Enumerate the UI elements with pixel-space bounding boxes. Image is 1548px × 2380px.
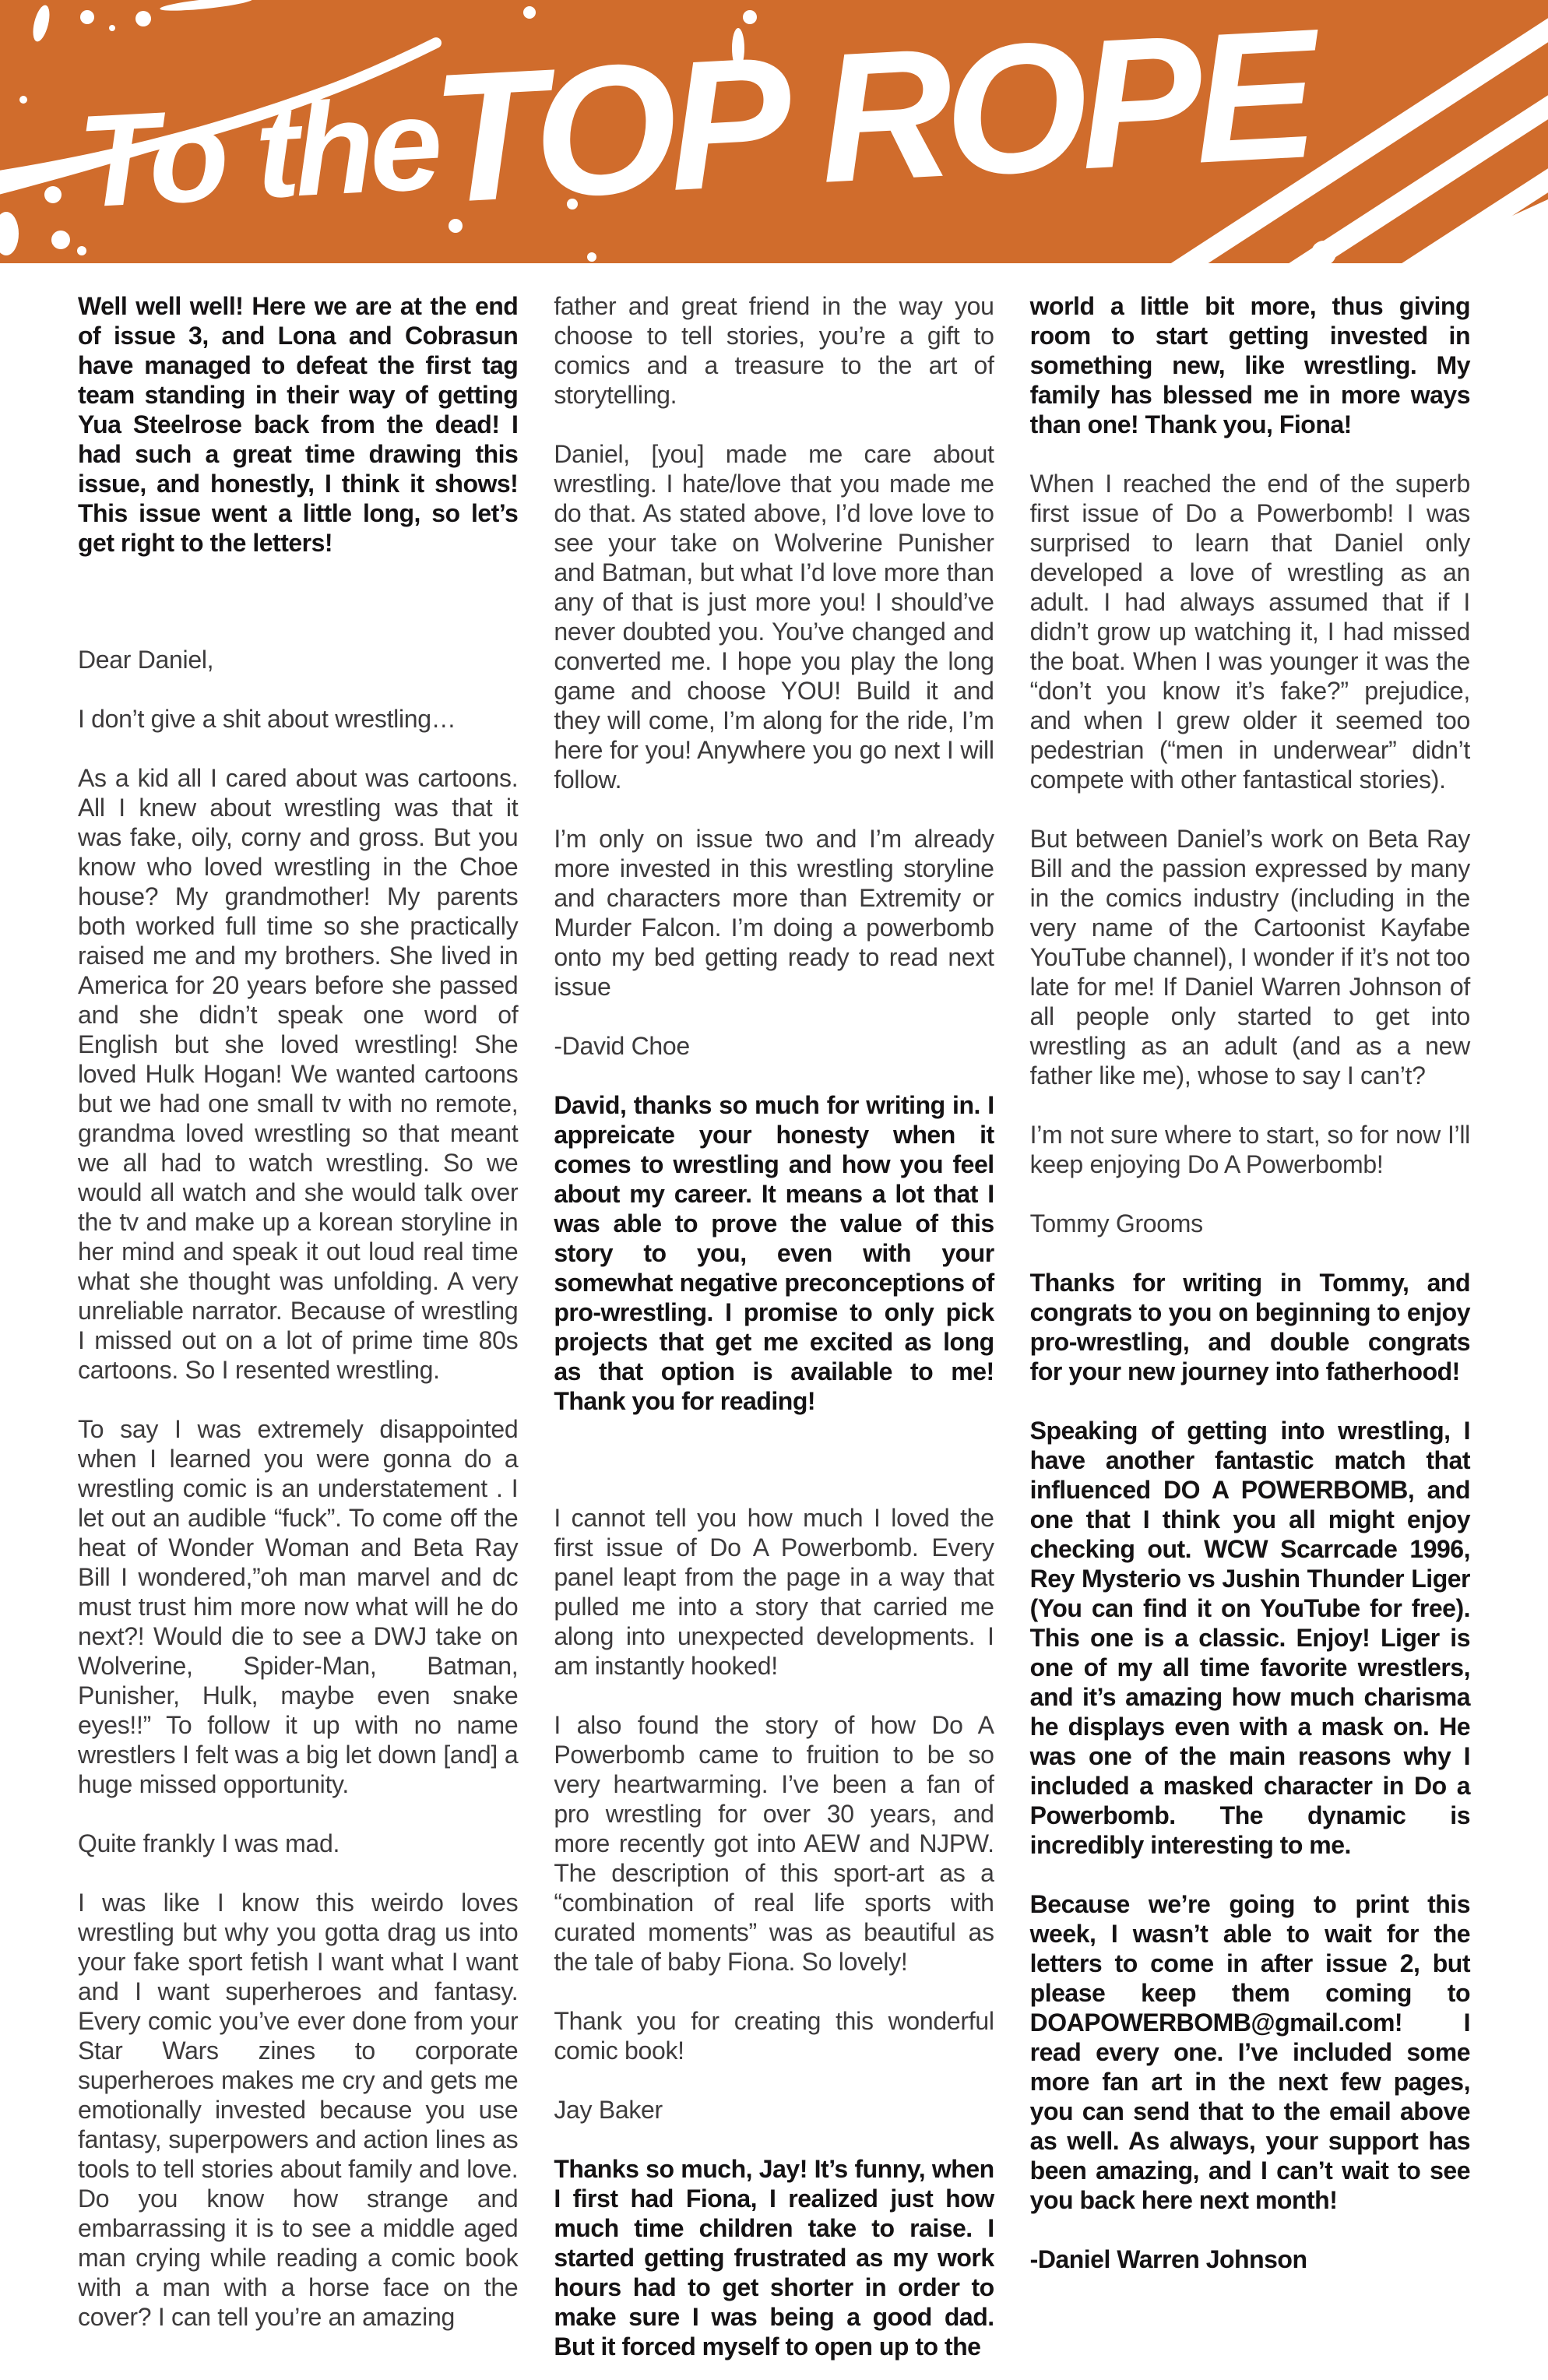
letter-paragraph: But between Daniel’s work on Beta Ray Bi… [1030,824,1470,1090]
letter-paragraph: -Daniel Warren Johnson [1030,2244,1470,2274]
letter-paragraph: To say I was extremely disappointed when… [78,1414,518,1799]
paint-splatter-icon [19,96,27,104]
letter-paragraph: When I reached the end of the superb fir… [1030,469,1470,794]
letter-paragraph: I was like I know this weirdo loves wres… [78,1888,518,2332]
letter-paragraph: Thanks so much, Jay! It’s funny, when I … [554,2154,994,2361]
header-art: To the TOP ROPE [0,0,1548,265]
paint-splatter-icon [587,252,596,262]
paint-splatter-icon [51,231,70,249]
letter-paragraph: Because we’re going to print this week, … [1030,1889,1470,2215]
paint-splatter-icon [109,25,115,31]
letters-column-3: world a little bit more, thus giving roo… [1030,291,1470,2380]
paint-splatter-icon [743,10,757,24]
letter-paragraph: I’m only on issue two and I’m already mo… [554,824,994,1002]
page-header-banner: To the TOP ROPE [0,0,1548,265]
paint-splatter-icon [77,246,86,255]
letter-paragraph: I’m not sure where to start, so for now … [1030,1120,1470,1179]
paint-splatter-icon [44,186,62,203]
letter-paragraph: As a kid all I cared about was cartoons.… [78,763,518,1385]
letter-paragraph: I don’t give a shit about wrestling… [78,704,518,734]
letter-paragraph: Well well well! Here we are at the end o… [78,291,518,558]
paint-splatter-icon [135,11,151,26]
paint-splatter-icon [80,10,94,24]
paint-splatter-icon [567,199,578,209]
letter-paragraph: Daniel, [you] made me care about wrestli… [554,439,994,794]
letter-paragraph: David, thanks so much for writing in. I … [554,1090,994,1416]
letter-paragraph: -David Choe [554,1031,994,1061]
letter-paragraph: Quite frankly I was mad. [78,1829,518,1858]
paint-splatter-icon [523,6,536,19]
letters-column-2: father and great friend in the way you c… [554,291,994,2380]
letter-paragraph: I cannot tell you how much I loved the f… [554,1503,994,1681]
title-small: To the [75,70,442,235]
letter-paragraph: Jay Baker [554,2095,994,2125]
rope-knob-icon [1363,213,1381,231]
letter-paragraph: world a little bit more, thus giving roo… [1030,291,1470,439]
letters-column-1: Well well well! Here we are at the end o… [78,291,518,2380]
letter-paragraph: father and great friend in the way you c… [554,291,994,410]
letter-paragraph: Thanks for writing in Tommy, and congrat… [1030,1268,1470,1386]
paint-splatter-icon [934,69,943,79]
paint-splatter-icon [732,28,744,69]
letter-paragraph: Thank you for creating this wonderful co… [554,2006,994,2065]
paint-splatter-icon [449,219,463,233]
letter-paragraph: I also found the story of how Do A Power… [554,1710,994,1977]
letter-paragraph: Speaking of getting into wrestling, I ha… [1030,1416,1470,1860]
rope-knob-icon [1311,241,1336,265]
letters-page-content: Well well well! Here we are at the end o… [0,265,1548,2380]
letter-paragraph: Dear Daniel, [78,645,518,674]
letter-paragraph: Tommy Grooms [1030,1209,1470,1238]
